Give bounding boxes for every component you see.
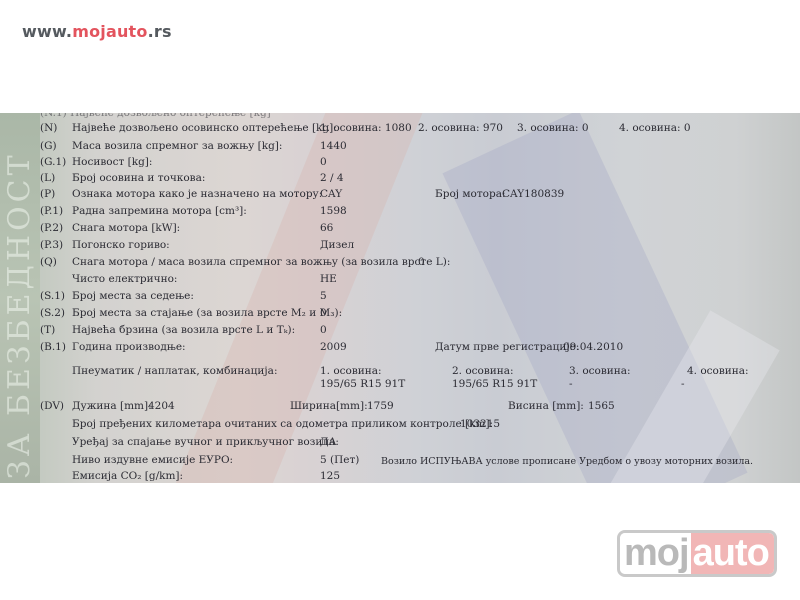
watermark-text: ЗА БЕЗБЕДНОСТ [2,119,38,479]
row-label: Погонско гориво: [72,239,170,252]
width-label: Ширина[mm]: [290,400,368,413]
row-value: 2009 [320,341,347,354]
row-value: 0 [418,256,425,269]
towing-label: Уређај за спајање вучног и прикључног во… [72,436,339,449]
row-label: Носивост [kg]: [72,156,152,169]
tire-axle-3-value: - [569,378,573,391]
row-extra-value: 3. осовина: 0 [517,122,589,135]
cut-off-row: (N.1) Највеће дозвољено оптерећење [kg] [40,113,271,120]
row-value: 1440 [320,140,347,153]
row-code: (S.1) [40,290,65,303]
tire-axle-3-name: 3. осовина: [569,365,631,378]
row-code: (G) [40,140,57,153]
row-label: Маса возила спремног за вожњу [kg]: [72,140,282,153]
tire-axle-4-value: - [681,378,685,391]
row-label: Чисто електрично: [72,273,177,286]
row-extra-value: CAY180839 [502,188,564,201]
row-value: 66 [320,222,333,235]
row-code: (S.2) [40,307,65,320]
row-code: (G.1) [40,156,66,169]
euro-value: 5 (Пет) [320,454,359,467]
co2-value: 125 [320,470,340,483]
row-label: Број осовина и точкова: [72,172,205,185]
tire-axle-4-name: 4. осовина: [687,365,749,378]
row-code: (T) [40,324,55,337]
row-label: Највећа брзина (за возила врсте L и Tₖ): [72,324,295,337]
row-label: Снага мотора / маса возила спремног за в… [72,256,450,269]
registration-document-photo: ЗА БЕЗБЕДНОСТ (N.1) Највеће дозвољено оп… [0,113,800,483]
row-value: 0 [320,156,327,169]
towing-value: ДА [320,436,337,449]
row-code: (N) [40,122,57,135]
logo-part-auto: auto [691,533,774,574]
row-extra-label: Датум прве регистрације: [435,341,579,354]
row-extra-value: 2. осовина: 970 [418,122,503,135]
tire-axle-2-name: 2. осовина: [452,365,514,378]
tire-axle-2-value: 195/65 R15 91T [452,378,537,391]
site-url-brand: mojauto [72,22,147,41]
tire-axle-1-name: 1. осовина: [320,365,382,378]
row-value: 2 / 4 [320,172,344,185]
logo-part-moj: moj [620,533,691,574]
tire-axle-1-value: 195/65 R15 91T [320,378,405,391]
odometer-value: 103215 [460,418,500,431]
length-label: Дужина [mm]: [72,400,152,413]
site-url[interactable]: www.mojauto.rs [22,22,172,41]
row-code: (P.2) [40,222,63,235]
site-url-suffix: .rs [148,22,172,41]
row-value: НЕ [320,273,337,286]
row-extra-value: 4. осовина: 0 [619,122,691,135]
row-code: (P.3) [40,239,63,252]
row-code: (B.1) [40,341,66,354]
co2-label: Емисија CO₂ [g/km]: [72,470,183,483]
row-code: (P.1) [40,205,63,218]
length-value: 4204 [148,400,175,413]
row-code: (P) [40,188,55,201]
row-label: Број места за стајање (за возила врсте M… [72,307,342,320]
row-label: Ознака мотора како је назначено на мотор… [72,188,322,201]
mojauto-logo[interactable]: moj auto [617,530,777,577]
row-code: (L) [40,172,55,185]
row-extra-label: Број мотора: [435,188,506,201]
row-value: 1598 [320,205,347,218]
row-value: 0 [320,307,327,320]
height-label: Висина [mm]: [508,400,584,413]
row-label: Радна запремина мотора [cm³]: [72,205,247,218]
row-label: Број места за седење: [72,290,194,303]
row-value: 0 [320,324,327,337]
row-value: 5 [320,290,327,303]
odometer-label: Број пређених километара очитаних са одо… [72,418,493,431]
import-compliance-note: Возило ИСПУЊАВА услове прописане Уредбом… [381,455,753,468]
row-label: Снага мотора [kW]: [72,222,180,235]
euro-label: Ниво издувне емисије ЕУРО: [72,454,233,467]
row-value: 1. осовина: 1080 [320,122,412,135]
dimensions-code: (DV) [40,400,64,413]
site-url-prefix: www. [22,22,72,41]
row-extra-value: 09.04.2010 [563,341,623,354]
height-value: 1565 [588,400,615,413]
row-label: Година производње: [72,341,186,354]
row-value: CAY [320,188,342,201]
row-label: Највеће дозвољено осовинско оптерећење [… [72,122,337,135]
row-code: (Q) [40,256,57,269]
tires-label: Пнеуматик / наплатак, комбинација: [72,365,277,378]
row-value: Дизел [320,239,354,252]
width-value: 1759 [367,400,394,413]
